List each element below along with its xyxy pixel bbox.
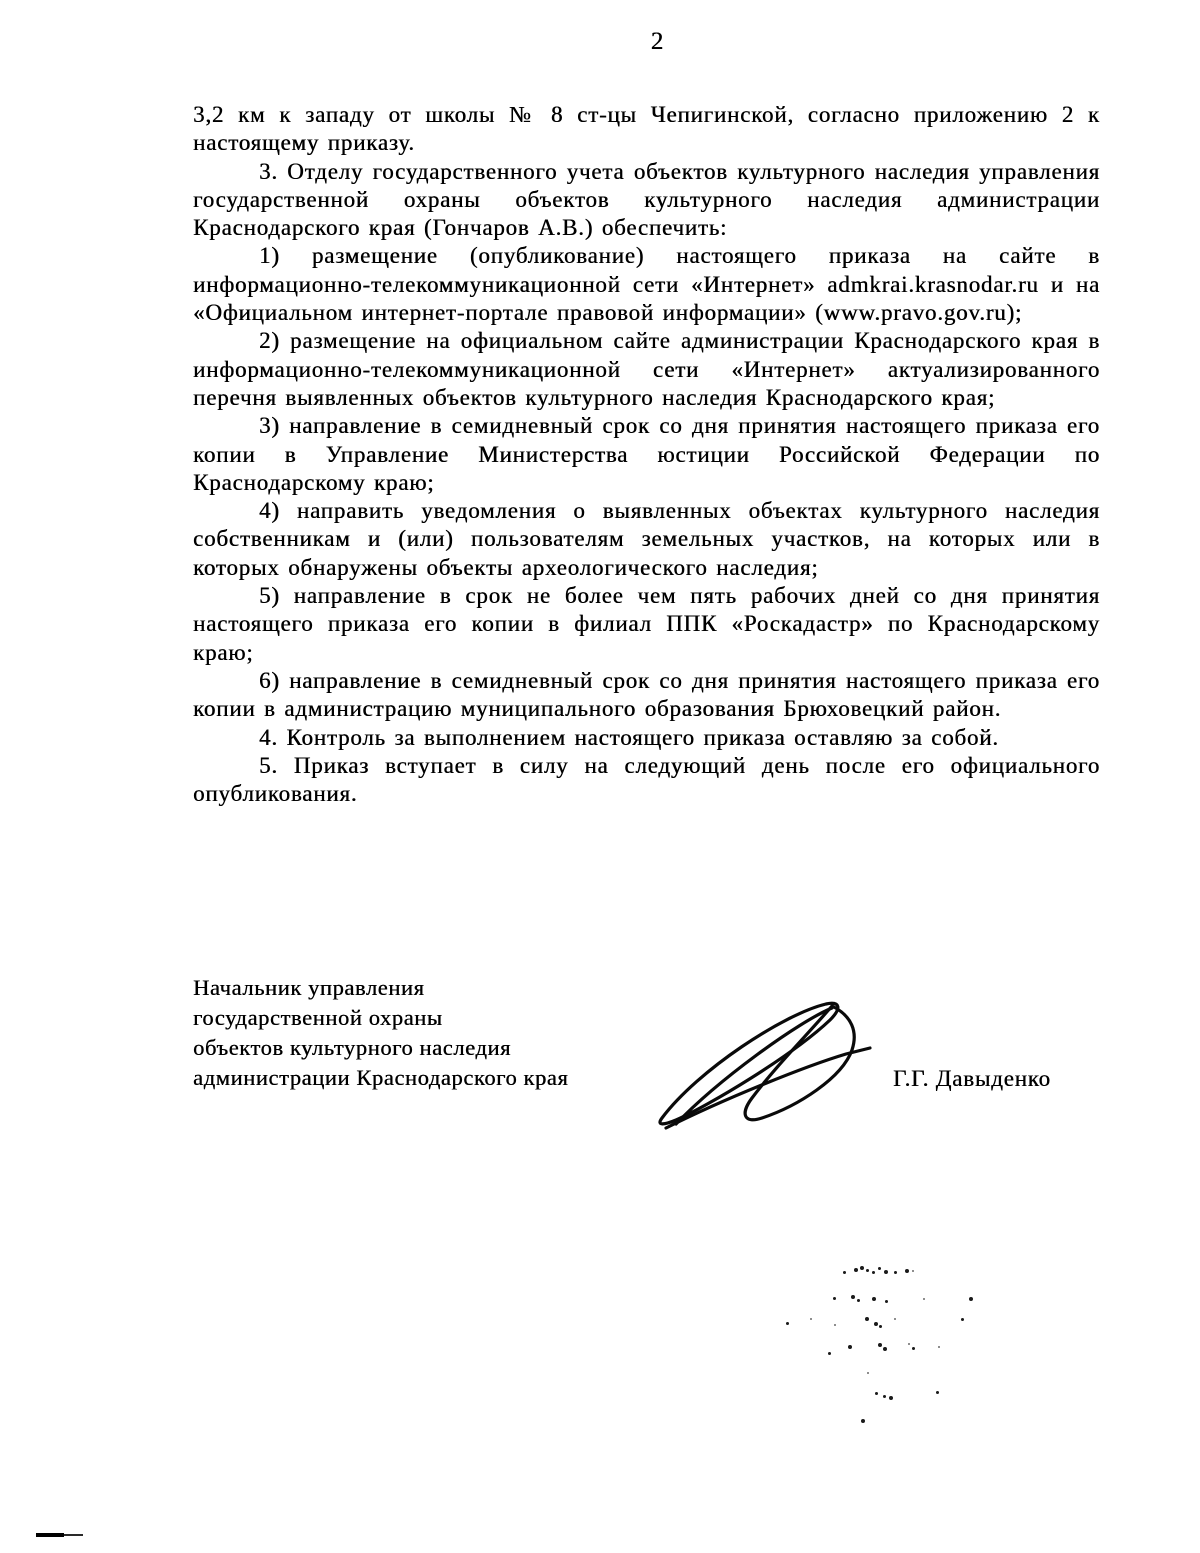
paragraph: 3) направление в семидневный срок со дня… — [193, 412, 1100, 497]
signer-position-line: объектов культурного наследия — [193, 1033, 663, 1063]
speckle-dot — [810, 1318, 812, 1320]
paragraph: 2) размещение на официальном сайте админ… — [193, 327, 1100, 412]
signer-position-line: государственной охраны — [193, 1003, 663, 1033]
paragraph: 5) направление в срок не более чем пять … — [193, 582, 1100, 667]
speckle-dot — [883, 1347, 887, 1351]
paragraph: 4) направить уведомления о выявленных об… — [193, 497, 1100, 582]
speckle-dot — [834, 1324, 836, 1326]
speckle-dot — [861, 1419, 865, 1423]
speckle-dot — [843, 1271, 846, 1274]
speckle-dot — [912, 1347, 915, 1350]
speckle-dot — [854, 1268, 858, 1272]
speckle-dot — [894, 1318, 896, 1320]
speckle-dot — [872, 1271, 875, 1274]
speckle-dot — [874, 1322, 878, 1326]
speckle-dot — [878, 1267, 881, 1270]
speckle-dot — [889, 1396, 893, 1400]
speckle-dot — [866, 1269, 869, 1272]
speckle-dot — [875, 1392, 878, 1395]
paragraph: 6) направление в семидневный срок со дня… — [193, 667, 1100, 724]
paragraph: 3,2 км к западу от школы № 8 ст-цы Чепиг… — [193, 101, 1100, 158]
speckle-dot — [833, 1297, 836, 1300]
speckle-dot — [908, 1343, 910, 1345]
scanned-document-page: 2 3,2 км к западу от школы № 8 ст-цы Чеп… — [0, 0, 1200, 1553]
corner-mark-tail — [64, 1534, 83, 1536]
signer-position-line: Начальник управления — [193, 973, 663, 1003]
paragraph: 1) размещение (опубликование) настоящего… — [193, 242, 1100, 327]
speckle-dot — [848, 1345, 852, 1349]
speckle-dot — [865, 1317, 869, 1321]
speckle-dot — [867, 1372, 869, 1374]
speckle-dot — [961, 1318, 964, 1321]
speckle-dot — [894, 1271, 897, 1274]
speckle-dot — [860, 1266, 864, 1270]
document-body: 3,2 км к западу от школы № 8 ст-цы Чепиг… — [193, 101, 1100, 808]
paragraph: 5. Приказ вступает в силу на следующий д… — [193, 752, 1100, 809]
paragraph: 3. Отделу государственного учета объекто… — [193, 158, 1100, 243]
page-number: 2 — [597, 28, 717, 56]
corner-mark — [36, 1533, 64, 1537]
speckle-dot — [828, 1352, 831, 1355]
speckle-dot — [905, 1269, 909, 1273]
speckle-dot — [912, 1270, 914, 1272]
speckle-dot — [938, 1346, 940, 1348]
speckle-dot — [936, 1391, 939, 1394]
speckle-dot — [883, 1395, 886, 1398]
speckle-dot — [884, 1270, 888, 1274]
signer-position-line: администрации Краснодарского края — [193, 1063, 663, 1093]
speckle-dot — [878, 1343, 882, 1347]
paragraph: 4. Контроль за выполнением настоящего пр… — [193, 724, 1100, 752]
speckle-dot — [885, 1300, 888, 1303]
handwritten-signature — [646, 996, 882, 1134]
speckle-dot — [857, 1299, 860, 1302]
speckle-dot — [872, 1297, 876, 1301]
signature-block: Начальник управления государственной охр… — [193, 973, 663, 1093]
speckle-dot — [969, 1297, 973, 1301]
speckle-dot — [786, 1322, 789, 1325]
speckle-dot — [923, 1298, 925, 1300]
signer-name: Г.Г. Давыденко — [893, 1066, 1051, 1092]
speckle-dot — [879, 1325, 882, 1328]
speckle-dot — [851, 1295, 855, 1299]
